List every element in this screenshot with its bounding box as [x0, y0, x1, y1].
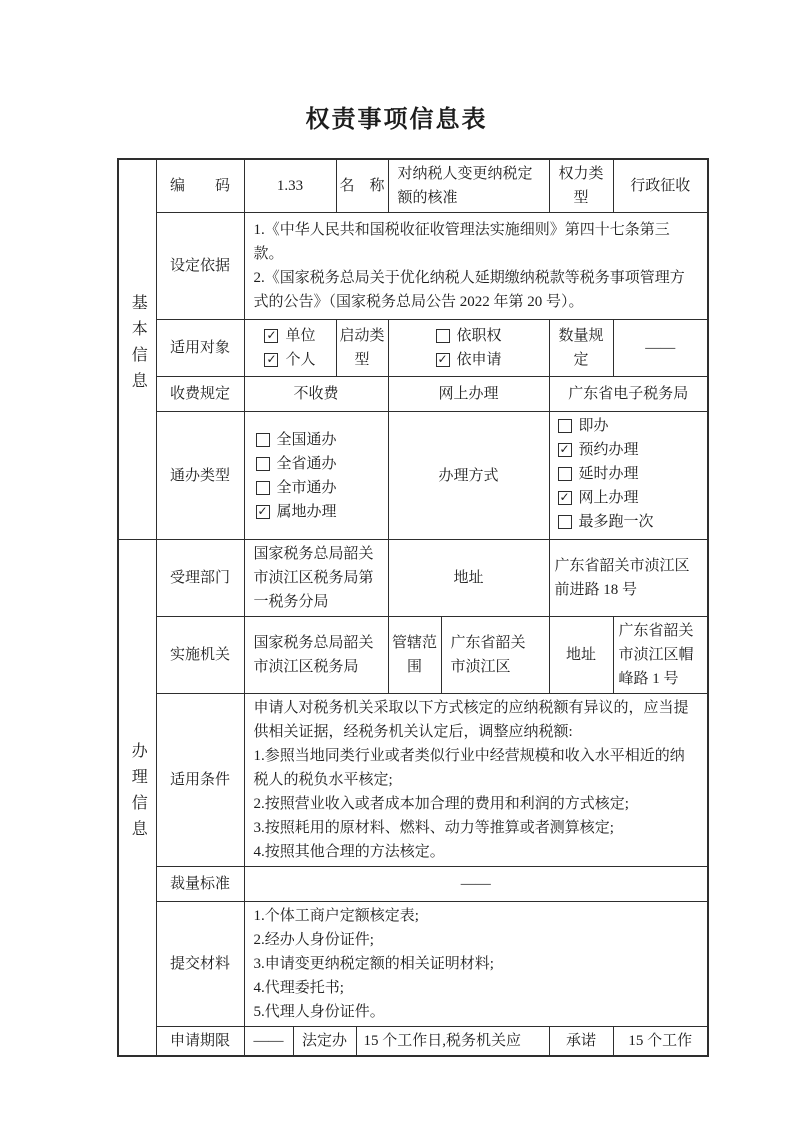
checkbox-unchecked-icon: [256, 433, 270, 447]
discretion-label-cell: 裁量标准: [156, 867, 244, 902]
section-basic-info-label: 基本信息: [125, 294, 149, 398]
row-accept-department: 办理信息 受理部门 国家税务总局韶关市浈江区税务局第一税务分局 地址 广东省韶关…: [118, 540, 708, 617]
checkbox-option-label: 依申请: [457, 348, 502, 372]
object-options-cell: ✓单位✓个人: [244, 320, 336, 377]
row-deadline: 申请期限 —— 法定办 15 个工作日,税务机关应 承诺 15 个工作: [118, 1027, 708, 1057]
start-type-label-cell: 启动类型: [336, 320, 388, 377]
row-tongban: 通办类型 全国通办全省通办全市通办✓属地办理 办理方式 即办✓预约办理延时办理✓…: [118, 412, 708, 540]
row-discretion: 裁量标准 ——: [118, 867, 708, 902]
row-conditions: 适用条件 申请人对税务机关采取以下方式核定的应纳税额有异议的，应当提供相关证据，…: [118, 694, 708, 867]
document-title: 权责事项信息表: [0, 99, 793, 134]
checkbox-option-label: 个人: [285, 348, 315, 372]
checkbox-option: ✓依申请: [436, 348, 502, 372]
checkbox-option-label: 全市通办: [277, 476, 337, 500]
deadline-label-cell: 申请期限: [156, 1027, 244, 1057]
fee-label-cell: 收费规定: [156, 377, 244, 412]
row-materials: 提交材料 1.个体工商户定额核定表; 2.经办人身份证件; 3.申请变更纳税定额…: [118, 902, 708, 1027]
name-label-cell: 名 称: [336, 159, 388, 213]
info-table: 基本信息 编 码 1.33 名 称 对纳税人变更纳税定额的核准 权力类型 行政征…: [117, 158, 709, 1057]
implement-agency-cell: 国家税务总局韶关市浈江区税务局: [244, 617, 388, 694]
online-label-cell: 网上办理: [388, 377, 549, 412]
checkbox-option-label: 依职权: [457, 324, 502, 348]
accept-address-label-cell: 地址: [388, 540, 549, 617]
promise-label-cell: 承诺: [549, 1027, 613, 1057]
statutory-value-cell: 15 个工作日,税务机关应: [356, 1027, 549, 1057]
tongban-checkbox-group: 全国通办全省通办全市通办✓属地办理: [256, 428, 337, 524]
checkbox-option: ✓网上办理: [558, 486, 654, 510]
objects-label-cell: 适用对象: [156, 320, 244, 377]
checkbox-option: 全市通办: [256, 476, 337, 500]
checkbox-option-label: 属地办理: [277, 500, 337, 524]
start-type-checkbox-group: 依职权✓依申请: [436, 324, 502, 372]
start-type-options-cell: 依职权✓依申请: [388, 320, 549, 377]
code-label-cell: 编 码: [156, 159, 244, 213]
checkbox-option-label: 即办: [579, 414, 609, 438]
name-value-cell: 对纳税人变更纳税定额的核准: [388, 159, 549, 213]
checkbox-option-label: 最多跑一次: [579, 510, 654, 534]
checkbox-checked-icon: ✓: [558, 491, 572, 505]
checkbox-option: ✓个人: [264, 348, 315, 372]
method-options-cell: 即办✓预约办理延时办理✓网上办理最多跑一次: [549, 412, 708, 540]
row-implement-agency: 实施机关 国家税务总局韶关市浈江区税务局 管辖范围 广东省韶关市浈江区 地址 广…: [118, 617, 708, 694]
quantity-label-cell: 数量规定: [549, 320, 613, 377]
checkbox-option-label: 全省通办: [277, 452, 337, 476]
checkbox-option-label: 全国通办: [277, 428, 337, 452]
checkbox-checked-icon: ✓: [264, 329, 278, 343]
implement-address-value-cell: 广东省韶关市浈江区帽峰路 1 号: [613, 617, 708, 694]
conditions-content-cell: 申请人对税务机关采取以下方式核定的应纳税额有异议的，应当提供相关证据，经税务机关…: [244, 694, 708, 867]
checkbox-option: 最多跑一次: [558, 510, 654, 534]
section-handling-info-cell: 办理信息: [118, 540, 156, 1057]
basis-label-cell: 设定依据: [156, 213, 244, 320]
accept-label-cell: 受理部门: [156, 540, 244, 617]
document-page: { "title": "权责事项信息表", "sections": { "bas…: [0, 0, 793, 1122]
accept-address-value-cell: 广东省韶关市浈江区前进路 18 号: [549, 540, 708, 617]
checkbox-checked-icon: ✓: [256, 505, 270, 519]
checkbox-checked-icon: ✓: [436, 353, 450, 367]
checkbox-option-label: 网上办理: [579, 486, 639, 510]
tongban-label-cell: 通办类型: [156, 412, 244, 540]
checkbox-option: 依职权: [436, 324, 502, 348]
checkbox-option: 延时办理: [558, 462, 654, 486]
materials-content-cell: 1.个体工商户定额核定表; 2.经办人身份证件; 3.申请变更纳税定额的相关证明…: [244, 902, 708, 1027]
materials-label-cell: 提交材料: [156, 902, 244, 1027]
checkbox-unchecked-icon: [256, 457, 270, 471]
row-fee: 收费规定 不收费 网上办理 广东省电子税务局: [118, 377, 708, 412]
jurisdiction-label-cell: 管辖范围: [388, 617, 441, 694]
checkbox-option: 全省通办: [256, 452, 337, 476]
checkbox-unchecked-icon: [558, 515, 572, 529]
checkbox-option: ✓预约办理: [558, 438, 654, 462]
fee-value-cell: 不收费: [244, 377, 388, 412]
row-basis: 设定依据 1.《中华人民共和国税收征收管理法实施细则》第四十七条第三款。 2.《…: [118, 213, 708, 320]
row-code: 基本信息 编 码 1.33 名 称 对纳税人变更纳税定额的核准 权力类型 行政征…: [118, 159, 708, 213]
statutory-label-cell: 法定办: [293, 1027, 356, 1057]
quantity-value-cell: ——: [613, 320, 708, 377]
checkbox-option: ✓单位: [264, 324, 315, 348]
section-handling-info-label: 办理信息: [125, 742, 149, 846]
implement-address-label-cell: 地址: [549, 617, 613, 694]
checkbox-option: 即办: [558, 414, 654, 438]
tongban-options-cell: 全国通办全省通办全市通办✓属地办理: [244, 412, 388, 540]
checkbox-unchecked-icon: [436, 329, 450, 343]
checkbox-checked-icon: ✓: [558, 443, 572, 457]
object-checkbox-group: ✓单位✓个人: [264, 324, 315, 372]
checkbox-option-label: 预约办理: [579, 438, 639, 462]
deadline-value-cell: ——: [244, 1027, 293, 1057]
checkbox-option-label: 单位: [285, 324, 315, 348]
checkbox-option: ✓属地办理: [256, 500, 337, 524]
accept-department-cell: 国家税务总局韶关市浈江区税务局第一税务分局: [244, 540, 388, 617]
basis-content-cell: 1.《中华人民共和国税收征收管理法实施细则》第四十七条第三款。 2.《国家税务总…: [244, 213, 708, 320]
implement-label-cell: 实施机关: [156, 617, 244, 694]
checkbox-unchecked-icon: [558, 419, 572, 433]
checkbox-option: 全国通办: [256, 428, 337, 452]
method-checkbox-group: 即办✓预约办理延时办理✓网上办理最多跑一次: [558, 414, 654, 534]
code-value-cell: 1.33: [244, 159, 336, 213]
discretion-value-cell: ——: [244, 867, 708, 902]
checkbox-unchecked-icon: [558, 467, 572, 481]
jurisdiction-value-cell: 广东省韶关市浈江区: [441, 617, 549, 694]
promise-value-cell: 15 个工作: [613, 1027, 708, 1057]
row-applicable-objects: 适用对象 ✓单位✓个人 启动类型 依职权✓依申请 数量规定 ——: [118, 320, 708, 377]
power-type-label-cell: 权力类型: [549, 159, 613, 213]
online-value-cell: 广东省电子税务局: [549, 377, 708, 412]
power-type-value-cell: 行政征收: [613, 159, 708, 213]
conditions-label-cell: 适用条件: [156, 694, 244, 867]
section-basic-info-cell: 基本信息: [118, 159, 156, 540]
method-label-cell: 办理方式: [388, 412, 549, 540]
checkbox-checked-icon: ✓: [264, 353, 278, 367]
checkbox-unchecked-icon: [256, 481, 270, 495]
checkbox-option-label: 延时办理: [579, 462, 639, 486]
